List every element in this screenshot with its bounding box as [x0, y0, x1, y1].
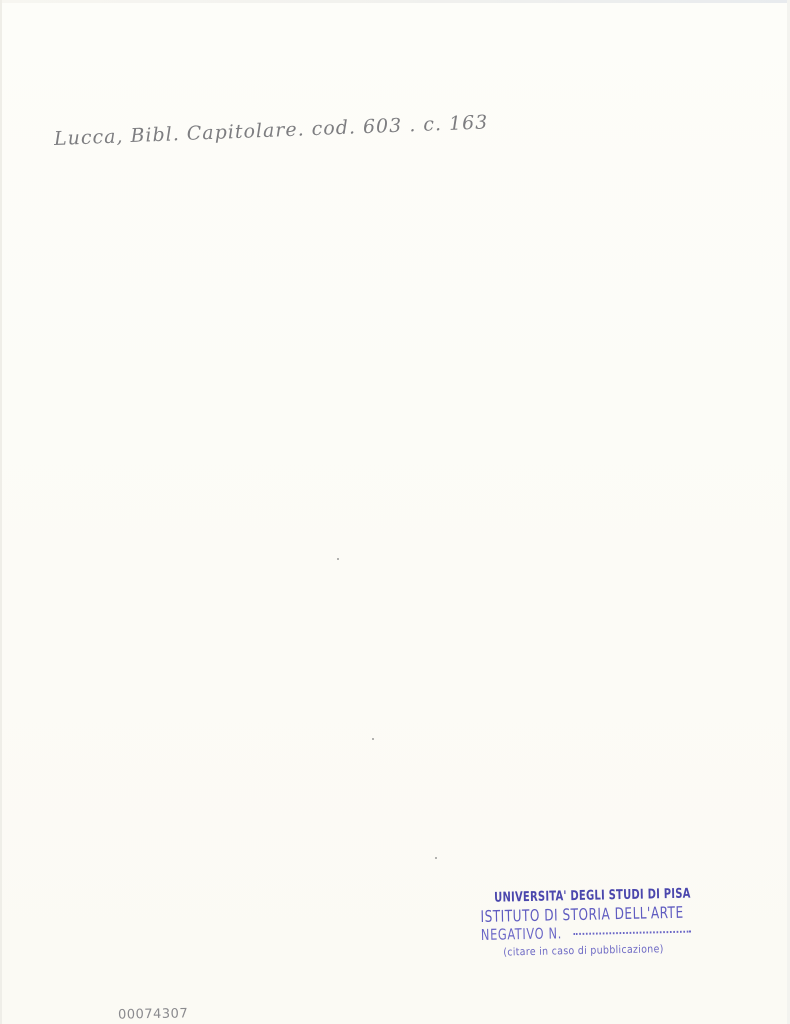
- paper-speck: [337, 558, 339, 560]
- handwritten-caption: Lucca, Bibl. Capitolare. cod. 603 . c. 1…: [54, 111, 489, 150]
- stamp-citation-note: (citare in caso di pubblicazione): [503, 942, 731, 959]
- paper-speck: [372, 738, 374, 740]
- institution-stamp: UNIVERSITA' DEGLI STUDI DI PISA ISTITUTO…: [480, 885, 731, 959]
- page-top-edge: [2, 0, 790, 3]
- stamp-negative-label: NEGATIVO N.: [481, 924, 562, 944]
- stamp-negative-line: NEGATIVO N.: [481, 922, 691, 944]
- document-page: Lucca, Bibl. Capitolare. cod. 603 . c. 1…: [0, 0, 790, 1024]
- paper-speck: [435, 857, 437, 859]
- archive-number: 00074307: [118, 1006, 188, 1022]
- stamp-negative-blank: [574, 931, 691, 935]
